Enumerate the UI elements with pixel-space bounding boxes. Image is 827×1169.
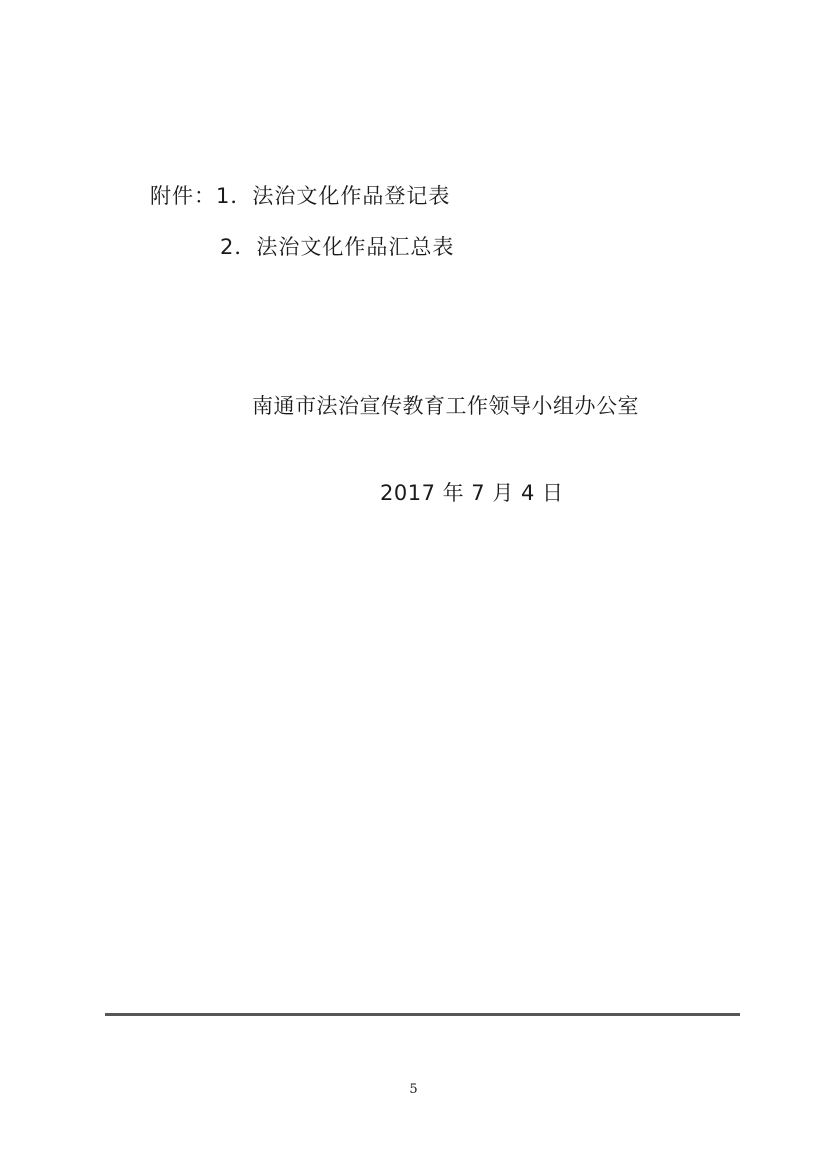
document-page: 附件：1．法治文化作品登记表 2．法治文化作品汇总表 南通市法治宣传教育工作领导… bbox=[0, 0, 827, 1169]
footer-divider bbox=[105, 1013, 740, 1016]
signature-date: 2017 年 7 月 4 日 bbox=[380, 477, 564, 507]
attachment-list-line-2: 2．法治文化作品汇总表 bbox=[220, 231, 454, 261]
page-number: 5 bbox=[0, 1082, 827, 1097]
signature-organization: 南通市法治宣传教育工作领导小组办公室 bbox=[252, 390, 639, 420]
attachment-list-line-1: 附件：1．法治文化作品登记表 bbox=[150, 180, 450, 210]
